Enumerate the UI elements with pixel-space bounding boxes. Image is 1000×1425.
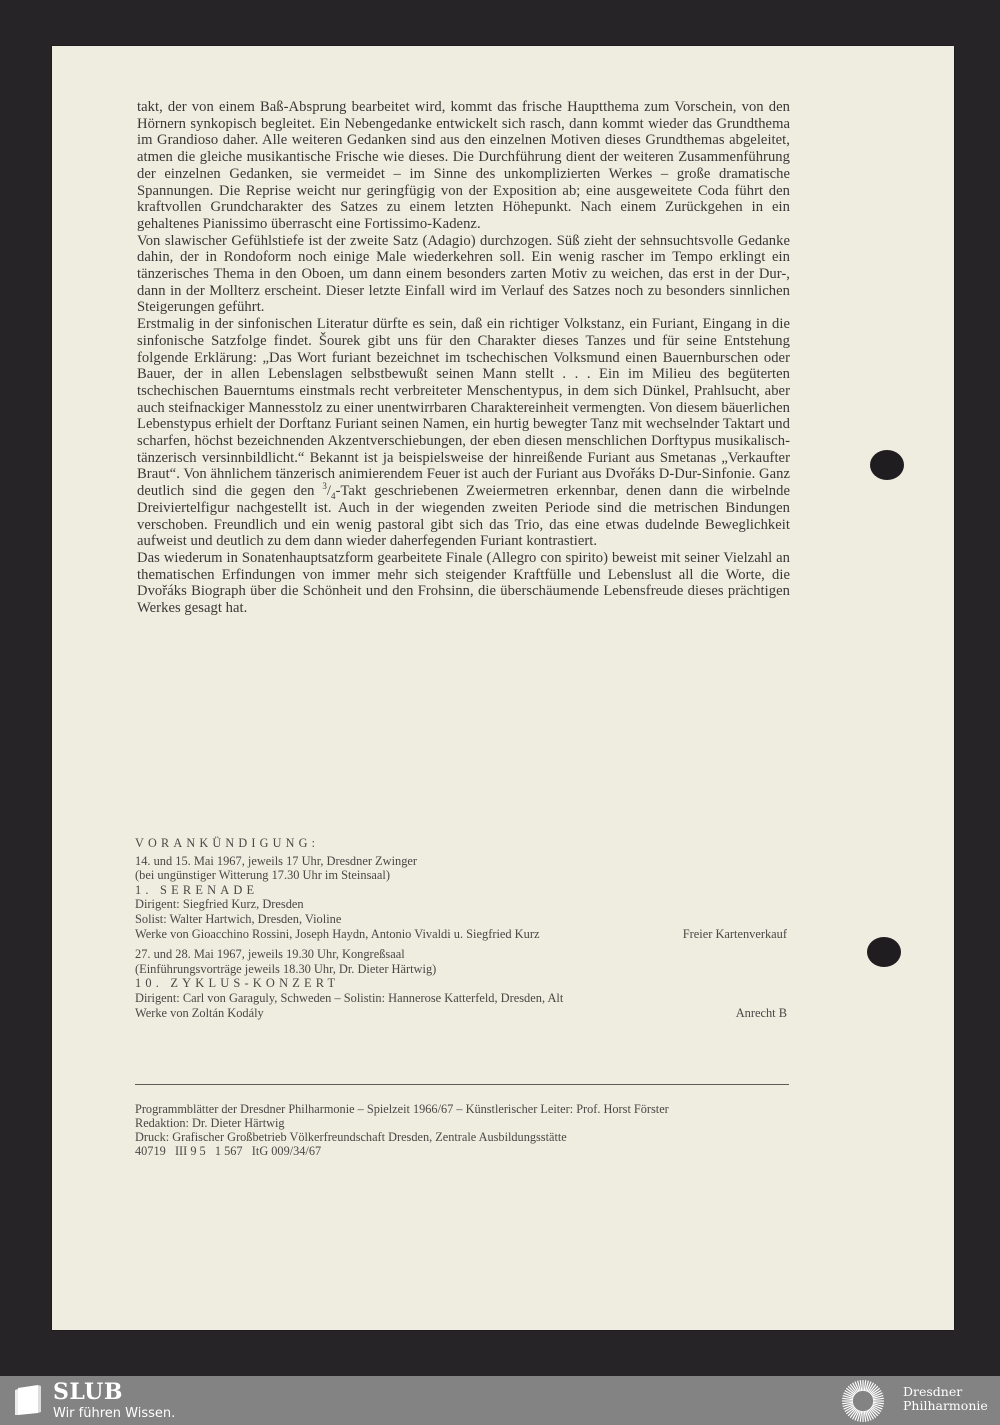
event-block: 27. und 28. Mai 1967, jeweils 19.30 Uhr,… xyxy=(135,947,791,1020)
announcement-section: VORANKÜNDIGUNG: 14. und 15. Mai 1967, je… xyxy=(135,836,791,1020)
event-works: Werke von Gioacchino Rossini, Joseph Hay… xyxy=(135,927,539,942)
sunburst-ring-icon[interactable] xyxy=(840,1378,886,1424)
event-note: (bei ungünstiger Witterung 17.30 Uhr im … xyxy=(135,868,791,883)
paragraph: takt, der von einem Baß-Absprung bearbei… xyxy=(137,99,790,233)
event-works: Werke von Zoltán Kodály xyxy=(135,1006,264,1021)
event-title: 10. ZYKLUS-KONZERT xyxy=(135,976,791,991)
article-body: takt, der von einem Baß-Absprung bearbei… xyxy=(137,99,790,617)
ticket-note: Freier Kartenverkauf xyxy=(683,927,791,942)
paragraph: Erstmalig in der sinfonischen Literatur … xyxy=(137,316,790,550)
imprint: Programmblätter der Dresdner Philharmoni… xyxy=(135,1102,795,1158)
event-note: (Einführungsvorträge jeweils 18.30 Uhr, … xyxy=(135,962,791,977)
event-detail: Dirigent: Carl von Garaguly, Schweden – … xyxy=(135,991,791,1006)
partner-logo-text[interactable]: Dresdner Philharmonie xyxy=(903,1385,988,1413)
event-date: 27. und 28. Mai 1967, jeweils 19.30 Uhr,… xyxy=(135,947,791,962)
event-detail: Solist: Walter Hartwich, Dresden, Violin… xyxy=(135,912,791,927)
partner-name-line: Dresdner xyxy=(903,1385,988,1399)
fraction-numerator: 3 xyxy=(322,481,327,491)
event-works-row: Werke von Gioacchino Rossini, Joseph Hay… xyxy=(135,927,791,942)
slub-logo-text[interactable]: SLUB xyxy=(53,1379,123,1405)
partner-name-line: Philharmonie xyxy=(903,1399,988,1413)
slub-tagline: Wir führen Wissen. xyxy=(53,1406,175,1421)
imprint-line: Druck: Grafischer Großbetrieb Völkerfreu… xyxy=(135,1130,795,1144)
event-title: 1. SERENADE xyxy=(135,883,791,898)
punch-hole xyxy=(867,937,901,967)
divider-line xyxy=(135,1084,789,1085)
imprint-line: 40719 III 9 5 1 567 ItG 009/34/67 xyxy=(135,1144,795,1158)
book-pages-icon[interactable] xyxy=(14,1384,42,1416)
footer-bar: SLUB Wir führen Wissen. Dresdner Philhar… xyxy=(0,1376,1000,1425)
event-block: 14. und 15. Mai 1967, jeweils 17 Uhr, Dr… xyxy=(135,854,791,942)
paragraph: Von slawischer Gefühlstiefe ist der zwei… xyxy=(137,233,790,317)
imprint-line: Programmblätter der Dresdner Philharmoni… xyxy=(135,1102,795,1116)
event-date: 14. und 15. Mai 1967, jeweils 17 Uhr, Dr… xyxy=(135,854,791,869)
paragraph-text: Erstmalig in der sinfonischen Literatur … xyxy=(137,316,790,499)
announcement-heading: VORANKÜNDIGUNG: xyxy=(135,836,791,851)
paragraph: Das wiederum in Sonatenhauptsatzform gea… xyxy=(137,550,790,617)
ticket-note: Anrecht B xyxy=(736,1006,791,1021)
event-detail: Dirigent: Siegfried Kurz, Dresden xyxy=(135,897,791,912)
punch-hole xyxy=(870,450,904,480)
imprint-line: Redaktion: Dr. Dieter Härtwig xyxy=(135,1116,795,1130)
event-works-row: Werke von Zoltán Kodály Anrecht B xyxy=(135,1006,791,1021)
